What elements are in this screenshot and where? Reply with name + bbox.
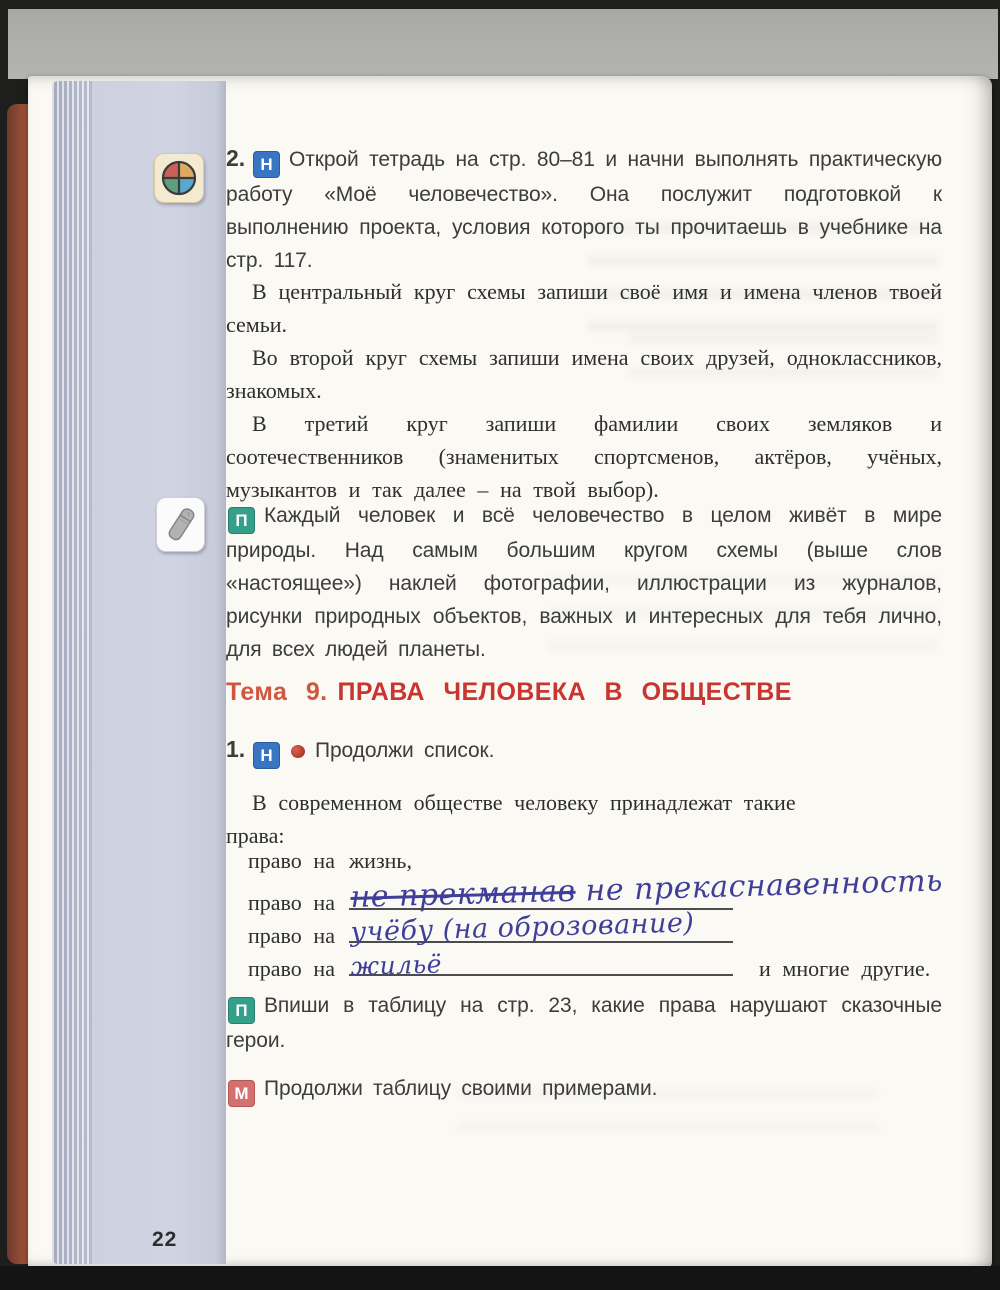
- badge-p-icon: П: [228, 997, 255, 1024]
- task-table-text: Впиши в таблицу на стр. 23, какие права …: [226, 994, 942, 1052]
- crossed-out-word: не прекманав: [350, 874, 576, 915]
- badge-n-icon: Н: [253, 151, 280, 178]
- circle-diagram-icon: [154, 153, 204, 203]
- row-prefix: право на: [248, 923, 335, 949]
- badge-n-icon: Н: [253, 742, 280, 769]
- answer-blank[interactable]: учёбу (на оброзование): [349, 914, 733, 943]
- row-prefix: право на: [248, 890, 335, 916]
- row-prefix: право на: [248, 956, 335, 982]
- task-table: ПВпиши в таблицу на стр. 23, какие права…: [226, 989, 942, 1057]
- topic-heading: Тема 9.ПРАВА ЧЕЛОВЕКА В ОБЩЕСТВЕ: [226, 678, 942, 707]
- page-number: 22: [152, 1228, 177, 1252]
- task-continue: МПродолжи таблицу своими примерами.: [226, 1072, 942, 1107]
- row-suffix: и многие другие.: [759, 956, 930, 982]
- topic-label: Тема 9.: [226, 678, 328, 706]
- glue-stick-glyph: [159, 501, 203, 549]
- handwritten-answer: учёбу (на оброзование): [350, 907, 695, 948]
- glue-stick-icon: [156, 497, 205, 552]
- task-glue-text: Каждый человек и всё человечество в цело…: [226, 504, 942, 661]
- task-number: 2.: [226, 145, 245, 171]
- rights-intro: В современном обществе человеку принадле…: [226, 786, 942, 852]
- row-value: жизнь,: [349, 848, 412, 874]
- scanner-edge: [0, 1266, 1000, 1290]
- paragraph: В центральный круг схемы запиши своё имя…: [226, 275, 942, 341]
- answer-blank[interactable]: жильё: [349, 947, 733, 976]
- rights-row: право на не прекманавне прекаснавенность: [226, 881, 942, 914]
- intro-line: В современном обществе человеку принадле…: [226, 786, 942, 819]
- rights-row: право на учёбу (на оброзование): [226, 914, 942, 947]
- task-continue-text: Продолжи таблицу своими примерами.: [264, 1077, 657, 1100]
- rights-list: право на жизнь, право на не прекманавне …: [226, 848, 942, 980]
- task-glue: ПКаждый человек и всё человечество в цел…: [226, 499, 942, 666]
- handwritten-answer: жильё: [350, 949, 442, 981]
- task-1-text: Продолжи список.: [315, 739, 494, 762]
- badge-p-icon: П: [228, 507, 255, 534]
- rights-row: право на жильё и многие другие.: [226, 947, 942, 980]
- page-content: 2.НОткрой тетрадь на стр. 80–81 и начни …: [226, 76, 942, 1107]
- badge-m-icon: М: [228, 1080, 255, 1107]
- task-1: 1.НПродолжи список.: [226, 733, 942, 769]
- task-number: 1.: [226, 736, 245, 762]
- task-2: 2.НОткрой тетрадь на стр. 80–81 и начни …: [226, 76, 942, 277]
- circle-quadrant-glyph: [159, 158, 199, 198]
- paragraph: В третий круг запиши фамилии своих земля…: [226, 407, 942, 506]
- answer-blank[interactable]: не прекманавне прекаснавенность: [349, 881, 733, 910]
- task-2-text: Открой тетрадь на стр. 80–81 и начни вып…: [226, 148, 942, 272]
- scanner-background: [8, 9, 998, 79]
- red-dot-icon: [291, 745, 305, 758]
- instruction-paragraphs: В центральный круг схемы запиши своё имя…: [226, 275, 942, 506]
- row-prefix: право на: [248, 848, 335, 874]
- page-stack-edge: [52, 81, 226, 1264]
- paragraph: Во второй круг схемы запиши имена своих …: [226, 341, 942, 407]
- topic-title: ПРАВА ЧЕЛОВЕКА В ОБЩЕСТВЕ: [338, 678, 792, 706]
- workbook-page: 22 2.НОткрой тетрадь на стр. 80–81 и нач…: [28, 76, 992, 1268]
